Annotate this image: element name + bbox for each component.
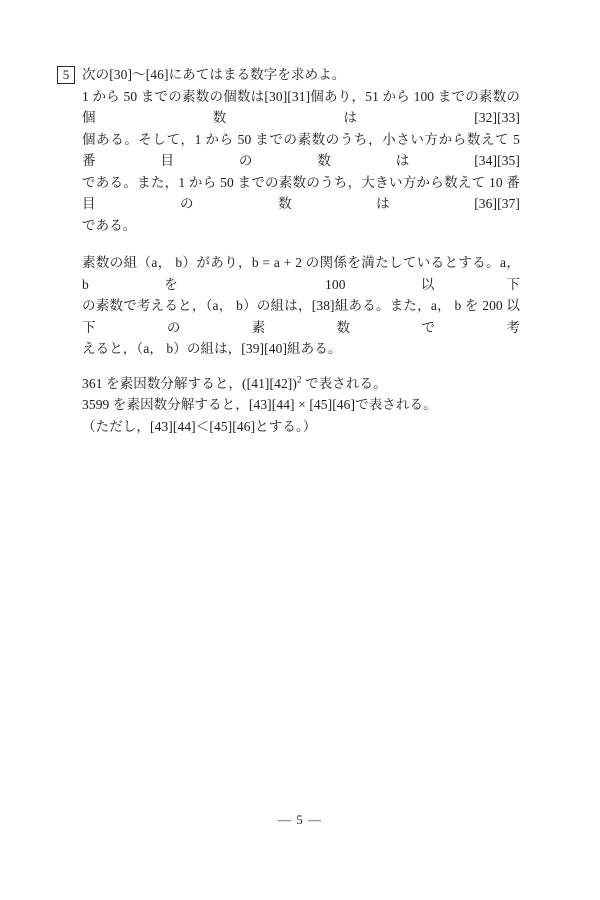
problem-body: 次の[30]～[46]にあてはまる数字を求めよ。 1 から 50 までの素数の個… xyxy=(82,64,520,437)
text-line: （ただし，[43][44]＜[45][46]とする。） xyxy=(82,416,520,438)
paragraph-prime-pairs: 素数の組（a， b）があり，b = a + 2 の関係を満たしているとする。a，… xyxy=(82,252,520,360)
factorization-361-post: で表される。 xyxy=(302,376,387,391)
paragraph-factorization: 361 を素因数分解すると，([41][42])2 で表される。 3599 を素… xyxy=(82,373,520,438)
text-line: である。また，1 から 50 までの素数のうち，大きい方から数えて 10 番目の… xyxy=(82,172,520,215)
problem-intro-line: 次の[30]～[46]にあてはまる数字を求めよ。 xyxy=(82,64,520,86)
text-line: 1 から 50 までの素数の個数は[30][31]個あり，51 から 100 ま… xyxy=(82,86,520,129)
text-line: 3599 を素因数分解すると，[43][44] × [45][46]で表される。 xyxy=(82,394,520,416)
text-line: の素数で考えると，（a， b）の組は，[38]組ある。また，a， b を 200… xyxy=(82,295,520,338)
text-line: えると，（a， b）の組は，[39][40]組ある。 xyxy=(82,338,520,360)
problem-number-box: 5 xyxy=(57,66,75,84)
text-line-with-exponent: 361 を素因数分解すると，([41][42])2 で表される。 xyxy=(82,373,520,395)
problem-number: 5 xyxy=(63,67,70,82)
document-page: 5 次の[30]～[46]にあてはまる数字を求めよ。 1 から 50 までの素数… xyxy=(0,0,600,900)
paragraph-primes-count: 1 から 50 までの素数の個数は[30][31]個あり，51 から 100 ま… xyxy=(82,86,520,237)
text-line: である。 xyxy=(82,215,520,237)
text-line: 個ある。そして，1 から 50 までの素数のうち，小さい方から数えて 5 番目の… xyxy=(82,129,520,172)
page-number: — 5 — xyxy=(0,812,600,828)
factorization-361-pre: 361 を素因数分解すると，([41][42]) xyxy=(82,376,297,391)
text-line: 素数の組（a， b）があり，b = a + 2 の関係を満たしているとする。a，… xyxy=(82,252,520,295)
